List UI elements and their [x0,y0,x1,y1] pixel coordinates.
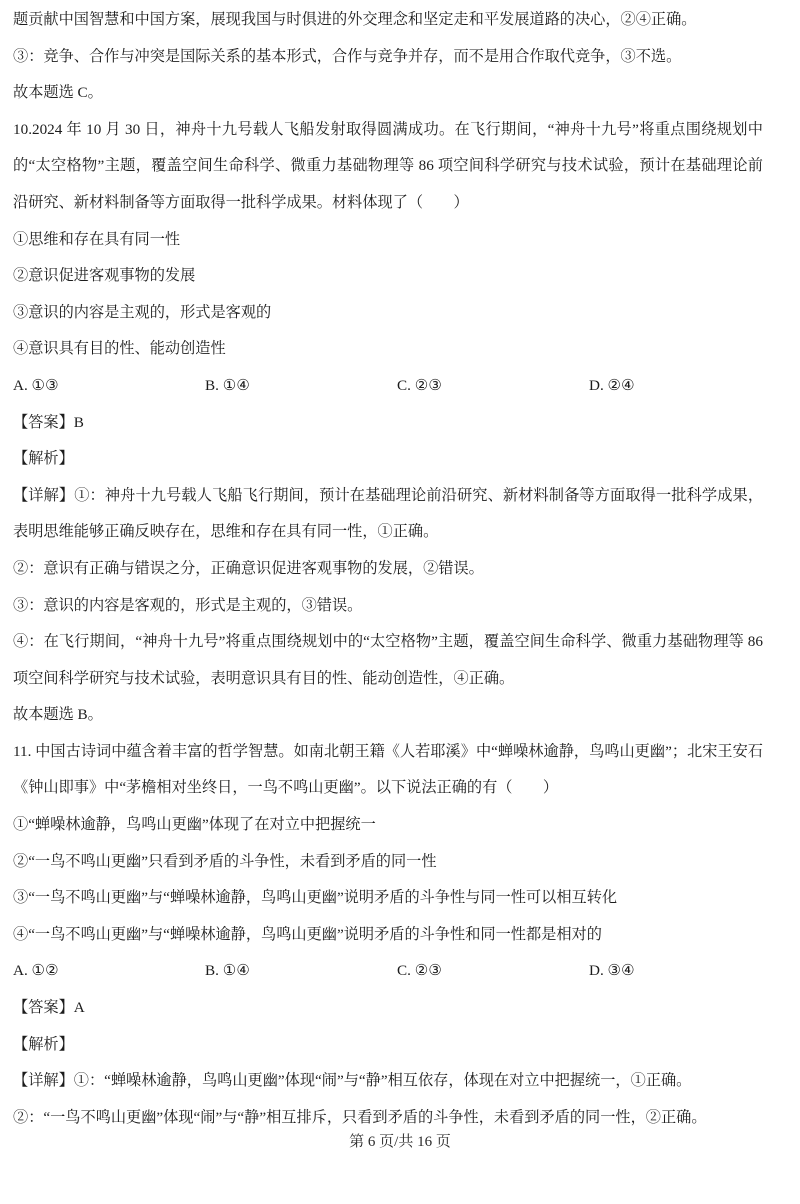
q10-analysis-label: 【解析】 [13,441,763,478]
q10-statement-4: ④意识具有目的性、能动创造性 [13,331,763,368]
page-content: 题贡献中国智慧和中国方案，展现我国与时俱进的外交理念和坚定走和平发展道路的决心，… [0,0,800,1136]
q11-answer-label: 【答案】A [13,990,763,1027]
q10-detail-3: ③：意识的内容是客观的，形式是主观的，③错误。 [13,588,763,625]
q11-option-d: D. ③④ [589,953,763,990]
q11-option-b: B. ①④ [205,953,397,990]
prev-answer-conclusion: 故本题选 C。 [13,75,763,112]
q11-options-row: A. ①② B. ①④ C. ②③ D. ③④ [13,953,763,990]
q10-statement-2: ②意识促进客观事物的发展 [13,258,763,295]
q10-options-row: A. ①③ B. ①④ C. ②③ D. ②④ [13,368,763,405]
q10-detail-1: 【详解】①：神舟十九号载人飞船飞行期间，预计在基础理论前沿研究、新材料制备等方面… [13,478,763,551]
q10-stem: 10.2024 年 10 月 30 日，神舟十九号载人飞船发射取得圆满成功。在飞… [13,112,763,222]
q11-option-a: A. ①② [13,953,205,990]
q11-detail-1: 【详解】①：“蝉噪林逾静，鸟鸣山更幽”体现“闹”与“静”相互依存，体现在对立中把… [13,1063,763,1100]
q11-statement-4: ④“一鸟不鸣山更幽”与“蝉噪林逾静，鸟鸣山更幽”说明矛盾的斗争性和同一性都是相对… [13,917,763,954]
q10-statement-1: ①思维和存在具有同一性 [13,222,763,259]
q10-option-a: A. ①③ [13,368,205,405]
q11-statement-3: ③“一鸟不鸣山更幽”与“蝉噪林逾静，鸟鸣山更幽”说明矛盾的斗争性与同一性可以相互… [13,880,763,917]
prev-answer-tail: 题贡献中国智慧和中国方案，展现我国与时俱进的外交理念和坚定走和平发展道路的决心，… [13,2,763,39]
q11-statement-2: ②“一鸟不鸣山更幽”只看到矛盾的斗争性，未看到矛盾的同一性 [13,844,763,881]
q11-statement-1: ①“蝉噪林逾静，鸟鸣山更幽”体现了在对立中把握统一 [13,807,763,844]
q10-option-b: B. ①④ [205,368,397,405]
q10-statement-3: ③意识的内容是主观的，形式是客观的 [13,295,763,332]
q11-option-c: C. ②③ [397,953,589,990]
q11-analysis-label: 【解析】 [13,1027,763,1064]
prev-answer-point3: ③：竞争、合作与冲突是国际关系的基本形式，合作与竞争并存，而不是用合作取代竞争，… [13,39,763,76]
q10-answer-label: 【答案】B [13,405,763,442]
page-footer: 第 6 页/共 16 页 [0,1130,800,1154]
q10-option-d: D. ②④ [589,368,763,405]
exam-document-page: 题贡献中国智慧和中国方案，展现我国与时俱进的外交理念和坚定走和平发展道路的决心，… [0,0,800,1204]
q10-detail-2: ②：意识有正确与错误之分，正确意识促进客观事物的发展，②错误。 [13,551,763,588]
q10-option-c: C. ②③ [397,368,589,405]
q10-conclusion: 故本题选 B。 [13,697,763,734]
q10-detail-4: ④：在飞行期间，“神舟十九号”将重点围绕规划中的“太空格物”主题，覆盖空间生命科… [13,624,763,697]
q11-stem: 11. 中国古诗词中蕴含着丰富的哲学智慧。如南北朝王籍《人若耶溪》中“蝉噪林逾静… [13,734,763,807]
